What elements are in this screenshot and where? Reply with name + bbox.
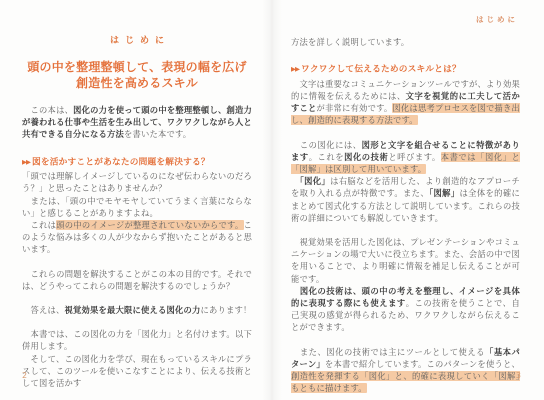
body-text: 方法を詳しく説明しています。	[291, 37, 409, 47]
section-heading: ▶▶ワクワクして伝えるためのスキルとは？	[291, 63, 520, 76]
bold-text: 「図化」	[300, 176, 330, 186]
right-page-content: 方法を詳しく説明しています。▶▶ワクワクして伝えるためのスキルとは？ 文字は重要…	[291, 36, 520, 394]
body-text: 視覚効果を活用した図化は、プレゼンテーションやコミュニケーションの場で大いに役立…	[291, 237, 520, 284]
body-text: を本書で紹介しています。このパターンを使うと、	[325, 359, 520, 369]
body-text: または、「頭の中でモヤモヤしていてうまく言葉にならない」と感じることがありますよ…	[22, 196, 252, 218]
body-text: この図化には、	[291, 140, 362, 150]
page-title: 頭の中を整理整頓して、表現の幅を広げ 創造性を高めるスキル	[22, 59, 252, 91]
body-text: と呼びます。	[388, 152, 440, 162]
bold-text: 図化の技術	[344, 152, 388, 162]
page-number-right: 3	[516, 371, 521, 380]
body-text	[291, 286, 300, 296]
paragraph: この本は、図化の力を使って頭の中を整理整頓し、創造力が養われる仕事や生活を生み出…	[22, 104, 252, 141]
paragraph: 「図化」は右脳などを活用した、より創造的なアプローチを取り入れる点が特徴です。ま…	[291, 175, 520, 224]
paragraph: 本書では、この図化の力を「図化力」と名付けます。以下併用します。	[22, 328, 252, 352]
double-arrow-icon: ▶▶	[22, 158, 30, 166]
highlighted-text: 頭の中のイメージが整理されていないからです。	[56, 220, 243, 230]
body-text: また、図化の技術では主にツールとして使える	[291, 347, 485, 357]
section-heading-label: 図を活かすことがあなたの問題を解決する？	[32, 157, 210, 167]
book-spread: はじめに 頭の中を整理整頓して、表現の幅を広げ 創造性を高めるスキル この本は、…	[0, 0, 544, 400]
body-text: が非常に有効です。	[317, 103, 393, 113]
section-heading: ▶▶図を活かすことがあなたの問題を解決する？	[22, 156, 252, 169]
body-text: これは	[22, 220, 56, 230]
paragraph: また、図化の技術では主にツールとして使える「基本パターン」を本書で紹介しています…	[291, 346, 520, 395]
body-text: にあります！	[200, 305, 251, 315]
page-number-left: 2	[22, 371, 27, 380]
body-text: この本は、	[22, 105, 73, 115]
body-text: を書いた本です。	[124, 129, 191, 139]
paragraph: または、「頭の中でモヤモヤしていてうまく言葉にならない」と感じることがありますよ…	[22, 195, 252, 219]
chapter-heading: はじめに	[22, 33, 252, 46]
bold-text: 「図解」	[429, 188, 460, 198]
body-text: そして、この図化力を学び、現在もっているスキルにプラスして、このツールを使いこな…	[22, 354, 252, 388]
paragraph: 視覚効果を活用した図化は、プレゼンテーションやコミュニケーションの場で大いに役立…	[291, 236, 520, 285]
paragraph: 方法を詳しく説明しています。	[291, 36, 520, 48]
body-text: 答えは、	[22, 305, 65, 315]
paragraph: そして、この図化力を学び、現在もっているスキルにプラスして、このツールを使いこな…	[22, 353, 252, 390]
paragraph: 文字は重要なコミュニケーションツールですが、より効果的に情報を伝えるためには、文…	[291, 78, 520, 127]
paragraph: 「頭では理解しイメージしているのになぜ伝わらないのだろう？」と思ったことはありま…	[22, 170, 252, 194]
paragraph: これは頭の中のイメージが整理されていないからです。このような悩みは多くの人が少な…	[22, 219, 252, 256]
body-text	[291, 176, 300, 186]
running-head: はじめに	[476, 14, 518, 25]
page-right: はじめに 方法を詳しく説明しています。▶▶ワクワクして伝えるためのスキルとは？ …	[272, 0, 544, 400]
bold-text: 視覚効果を最大限に使える図化の力	[65, 305, 201, 315]
highlighted-text: 創造性を発揮する「図化」と、的確に表現していく「図解」もともに描けます。	[291, 371, 520, 393]
page-title-line1: 頭の中を整理整頓して、表現の幅を広げ	[22, 59, 252, 75]
body-text: これらの問題を解決することがこの本の目的です。それでは、どうやってこれらの問題を…	[22, 269, 252, 291]
body-text: 本書では、この図化の力を「図化力」と名付けます。以下併用します。	[22, 329, 252, 351]
body-text: 。これを	[309, 152, 344, 162]
paragraph: 図化の技術は、頭の中の考えを整理し、イメージを具体的に表現する際にも使えます。こ…	[291, 285, 520, 334]
page-title-line2: 創造性を高めるスキル	[22, 75, 252, 91]
left-page-content: この本は、図化の力を使って頭の中を整理整頓し、創造力が養われる仕事や生活を生み出…	[22, 104, 252, 389]
paragraph: 答えは、視覚効果を最大限に使える図化の力にあります！	[22, 304, 252, 316]
paragraph: この図化には、図形と文字を組合せることに特徴があります。これを図化の技術と呼びま…	[291, 139, 520, 176]
page-left: はじめに 頭の中を整理整頓して、表現の幅を広げ 創造性を高めるスキル この本は、…	[0, 0, 272, 400]
paragraph: これらの問題を解決することがこの本の目的です。それでは、どうやってこれらの問題を…	[22, 268, 252, 292]
body-text: 「頭では理解しイメージしているのになぜ伝わらないのだろう？」と思ったことはありま…	[22, 171, 252, 193]
double-arrow-icon: ▶▶	[291, 65, 299, 73]
section-heading-label: ワクワクして伝えるためのスキルとは？	[301, 65, 461, 75]
